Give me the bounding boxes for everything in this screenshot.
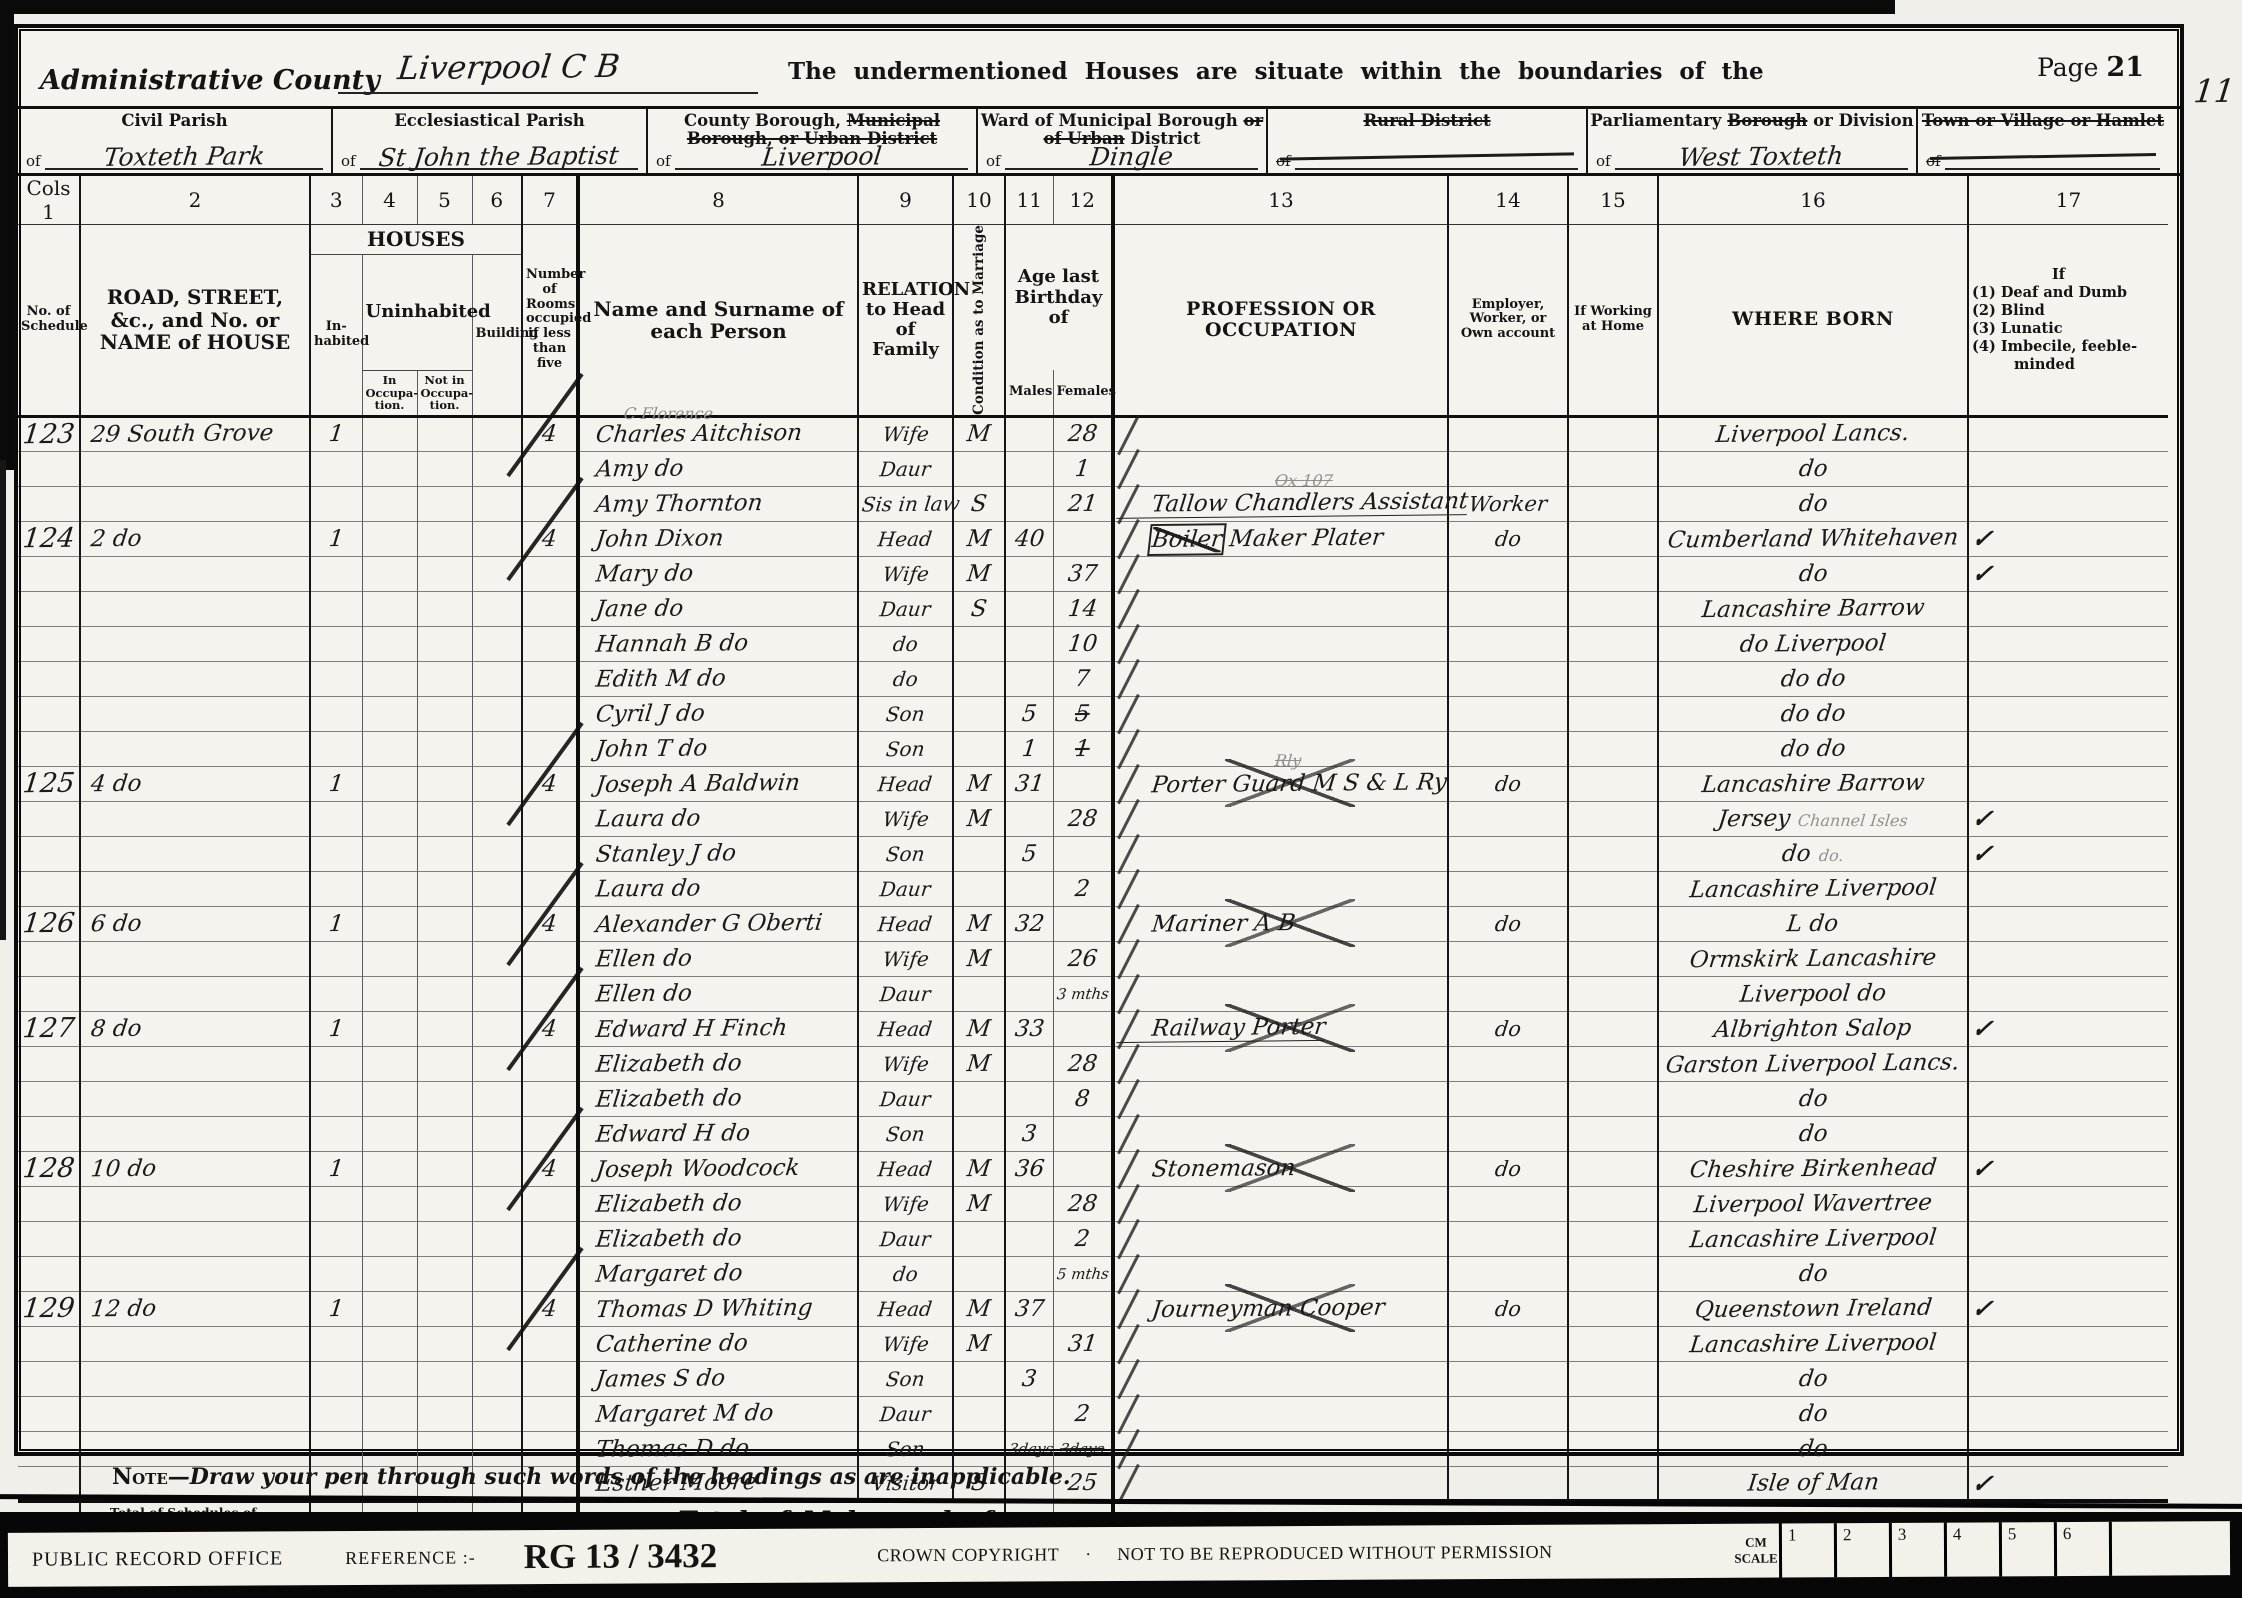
address-text: 29 South Grove [89,420,274,448]
schedule-cell [18,1396,80,1431]
birthplace-text: do [1797,1436,1829,1462]
header-where-born: WHERE BORN [1658,225,1968,417]
enumerator-tally-slash [1117,1359,1139,1399]
inhabited-cell [310,1221,362,1256]
schedule-cell [18,591,80,626]
inhabited-cell: 1 [310,766,362,801]
schedule-cell: 125 [18,766,80,801]
not-in-occupation-cell [417,1361,472,1396]
schedule-cell [18,1046,80,1081]
name-cell: Mary do [578,556,858,591]
rooms-cell [522,591,578,626]
handwritten-value: 31 [1066,1331,1098,1357]
address-cell [80,801,310,836]
handwritten-value: 1 [327,421,345,447]
birthplace-text: do do [1779,665,1846,692]
employer-text: do [1494,1297,1523,1321]
employer-cell: do [1448,521,1568,556]
occupation-cell: Railway Porter [1113,1011,1448,1046]
address-cell [80,976,310,1011]
check-mark: ✓ [1970,804,1994,833]
occupation-cell: Stonemason [1113,1151,1448,1186]
not-in-occupation-cell [417,801,472,836]
at-home-cell [1568,731,1658,766]
occupation-cell [1113,556,1448,591]
person-row: Ellen doDaur3 mthsLiverpool do [18,976,2168,1011]
header-name: Name and Surname of each Person [578,225,858,417]
at-home-cell [1568,1291,1658,1326]
relation-cell: Daur [858,976,953,1011]
infirmity-cell: ✓ [1968,1291,2168,1326]
in-occupation-cell [362,556,417,591]
person-name: Catherine do [594,1330,749,1358]
employer-cell [1448,1116,1568,1151]
where-born-cell: Isle of Man [1658,1466,1968,1501]
inhabited-cell [310,626,362,661]
infirmity-cell [1968,486,2168,521]
occupation-cell: Journeyman Cooper [1113,1291,1448,1326]
relation-cell: Son [858,1116,953,1151]
building-cell [472,1396,522,1431]
header-females: Females [1053,370,1113,416]
enumerator-tally-slash [1117,1324,1139,1364]
enumerator-tally-slash [1117,659,1139,699]
relation-cell: do [858,661,953,696]
header-uninhabited: Uninhabited [362,255,472,371]
rooms-cell: 4 [522,521,578,556]
female-age-cell [1053,906,1113,941]
footnote-cap: Note [112,1464,168,1490]
scanned-census-page: 11 Administrative County Liverpool C B T… [0,0,2242,1598]
rooms-cell: 4 [522,766,578,801]
infirmity-line: If [1972,266,2165,284]
check-mark: ✓ [1970,839,1994,868]
person-row: Margaret dodo5 mthsdo [18,1256,2168,1291]
column-number: 3 [310,176,362,225]
not-in-occupation-cell [417,1186,472,1221]
schedule-cell [18,556,80,591]
relation-text: Sis in law [861,491,962,516]
employer-cell [1448,976,1568,1011]
employer-cell [1448,1221,1568,1256]
female-age-cell [1053,766,1113,801]
handwritten-value: 3 [1020,1121,1038,1147]
relation-text: do [892,667,920,691]
male-age-cell: 1 [1005,731,1053,766]
address-text: 12 do [89,1295,157,1322]
person-name: Ellen do [594,980,693,1007]
infirmity-cell [1968,696,2168,731]
building-cell [472,906,522,941]
where-born-cell: do do [1658,731,1968,766]
schedule-number: 125 [21,768,76,800]
admin-county-underline: Liverpool C B [338,48,758,94]
column-number: 5 [417,176,472,225]
relation-cell: Head [858,1151,953,1186]
relation-text: Daur [879,982,932,1007]
male-age-cell [1005,626,1053,661]
relation-text: do [892,1262,920,1286]
relation-cell: do [858,1256,953,1291]
situate-statement: The undermentioned Houses are situate wi… [788,58,1764,85]
male-age-cell: 36 [1005,1151,1053,1186]
condition-cell: M [953,1011,1005,1046]
enumerator-tally-slash [1117,939,1139,979]
where-born-cell: Liverpool Lancs. [1658,416,1968,451]
infirmity-cell [1968,1186,2168,1221]
district-value-text: Dingle [1088,144,1174,170]
relation-text: Daur [879,1402,932,1427]
rooms-cell [522,486,578,521]
person-name: Ellen do [594,945,693,972]
schedule-cell [18,801,80,836]
header-road: ROAD, STREET, &c., and No. or NAME of HO… [80,225,310,417]
schedule-cell [18,731,80,766]
where-born-cell: Cumberland Whitehaven [1658,521,1968,556]
not-in-occupation-cell [417,1116,472,1151]
column-number: Cols 1 [18,176,80,225]
name-cell: Hannah B do [578,626,858,661]
where-born-cell: Garston Liverpool Lancs. [1658,1046,1968,1081]
header-males: Males [1005,370,1053,416]
occupation-cell: Mariner A B [1113,906,1448,941]
schedule-cell: 127 [18,1011,80,1046]
enumerator-tally-slash [1117,1464,1139,1504]
birthplace-text: Queenstown Ireland [1693,1295,1933,1323]
in-occupation-cell [362,766,417,801]
female-age-cell: 28 [1053,801,1113,836]
not-in-occupation-cell [417,1151,472,1186]
address-cell [80,451,310,486]
column-number: 15 [1568,176,1658,225]
infirmity-line: (3) Lunatic [1972,320,2165,338]
occupation-text: Journeyman Cooper [1116,1294,1386,1323]
inhabited-cell: 1 [310,1011,362,1046]
header-building: Building [472,255,522,417]
footnote: Note—Draw your pen through such words of… [112,1464,1071,1490]
female-age-cell: 28 [1053,416,1113,451]
condition-cell [953,451,1005,486]
male-age-cell [1005,1046,1053,1081]
rooms-cell [522,451,578,486]
handwritten-value: M [966,421,993,447]
name-cell: Margaret do [578,1256,858,1291]
condition-cell [953,1431,1005,1466]
relation-cell: Head [858,521,953,556]
column-number: 11 [1005,176,1053,225]
relation-cell: Wife [858,1326,953,1361]
female-age-cell: 2 [1053,1221,1113,1256]
address-cell [80,1256,310,1291]
enumerator-tally-slash [1117,974,1139,1014]
where-born-cell: Lancashire Barrow [1658,591,1968,626]
rooms-cell [522,1186,578,1221]
where-born-cell: do [1658,1116,1968,1151]
infirmity-cell [1968,626,2168,661]
inhabited-cell [310,591,362,626]
address-text: 8 do [90,1016,143,1043]
birthplace-text: Isle of Man [1746,1469,1880,1496]
male-age-cell [1005,556,1053,591]
inhabited-cell [310,976,362,1011]
handwritten-value: 14 [1066,596,1098,622]
address-text: 6 do [90,911,143,938]
in-occupation-cell [362,1081,417,1116]
birthplace-text: Liverpool do [1738,980,1887,1008]
name-cell: Stanley J do [578,836,858,871]
schedule-cell [18,1081,80,1116]
at-home-cell [1568,591,1658,626]
person-name: Alexander G Oberti [594,910,823,938]
person-row: Edward H doSon3do [18,1116,2168,1151]
building-cell [472,591,522,626]
person-row: Ellen doWifeM26Ormskirk Lancashire [18,941,2168,976]
person-name: Edith M do [594,665,727,692]
building-cell [472,661,522,696]
building-cell [472,1011,522,1046]
employer-cell [1448,1186,1568,1221]
relation-cell: Daur [858,1396,953,1431]
not-in-occupation-cell [417,1256,472,1291]
scale-mark: 6 [2054,1522,2109,1576]
relation-text: Head [877,1017,934,1042]
male-age-cell: 3 [1005,1116,1053,1151]
employer-cell [1448,941,1568,976]
at-home-cell [1568,1396,1658,1431]
condition-cell [953,976,1005,1011]
name-cell: Elizabeth do [578,1221,858,1256]
where-born-cell: Queenstown Ireland [1658,1291,1968,1326]
handwritten-value: 1 [1020,736,1038,762]
handwritten-value: 5 [1020,701,1038,727]
employer-cell [1448,1466,1568,1501]
infirmity-cell: ✓ [1968,801,2168,836]
employer-cell: do [1448,1011,1568,1046]
relation-text: Head [877,772,934,797]
handwritten-value: 25 [1066,1470,1098,1496]
name-cell: Amy do [578,451,858,486]
condition-cell: M [953,766,1005,801]
person-name: Joseph Woodcock [594,1155,801,1183]
header-age: Age last Birthday of [1005,225,1113,371]
where-born-cell: Cheshire Birkenhead [1658,1151,1968,1186]
at-home-cell [1568,1186,1658,1221]
occupation-cell [1113,696,1448,731]
district-box: Town or Village or Hamletof [1918,109,2168,173]
person-name: Joseph A Baldwin [594,770,801,798]
address-cell: 4 do [80,766,310,801]
infirmity-cell [1968,976,2168,1011]
infirmity-cell [1968,766,2168,801]
inhabited-cell [310,941,362,976]
inhabited-cell [310,661,362,696]
pencil-annotation: Channel Isles [1797,811,1909,830]
birthplace-text: do [1797,456,1829,482]
where-born-cell: L do [1658,906,1968,941]
female-age-cell [1053,1361,1113,1396]
where-born-cell: do [1658,1361,1968,1396]
person-row: James S doSon3do [18,1361,2168,1396]
relation-text: do [892,632,920,656]
handwritten-value: 1 [327,1296,345,1322]
in-occupation-cell [362,871,417,906]
enumerator-tally-slash [1117,1394,1139,1434]
where-born-cell: do [1658,486,1968,521]
inhabited-cell [310,1116,362,1151]
at-home-cell [1568,1046,1658,1081]
at-home-cell [1568,976,1658,1011]
relation-cell: Son [858,1361,953,1396]
header-relation: RELATION to Head of Family [858,225,953,417]
not-in-occupation-cell [417,1081,472,1116]
schedule-cell: 129 [18,1291,80,1326]
person-name: John Dixon [594,525,725,552]
handwritten-value: 3 [1020,1366,1038,1392]
schedule-cell: 124 [18,521,80,556]
address-cell [80,941,310,976]
header-infirmity: If(1) Deaf and Dumb(2) Blind(3) Lunatic(… [1968,225,2168,417]
name-cell: C FlorenceCharles Aitchison [578,416,858,451]
district-value-underline: Toxteth Park [45,144,323,170]
cm-scale: CM SCALE 123456 [1733,1521,2230,1578]
handwritten-value: 1 [1073,456,1091,482]
not-in-occupation-cell [417,486,472,521]
birthplace-text: do [1797,491,1829,517]
female-age-cell: 5 [1053,696,1113,731]
birthplace-text: Liverpool Wavertree [1693,1190,1934,1218]
handwritten-value: 37 [1066,561,1098,587]
of-label: of [341,152,356,170]
person-name: Thomas D Whiting [594,1295,814,1323]
employer-cell [1448,1396,1568,1431]
male-age-cell: 3 [1005,1361,1053,1396]
employer-cell: Worker [1448,486,1568,521]
relation-cell: Head [858,1291,953,1326]
infirmity-cell [1968,731,2168,766]
female-age-cell: 21 [1053,486,1113,521]
in-occupation-cell [362,521,417,556]
inhabited-cell [310,836,362,871]
female-age-cell: 3days [1053,1431,1113,1466]
in-occupation-cell [362,1046,417,1081]
condition-cell [953,696,1005,731]
column-number: 17 [1968,176,2168,225]
at-home-cell [1568,871,1658,906]
district-value: ofDingle [986,144,1258,170]
inhabited-cell [310,871,362,906]
schedule-number: 127 [21,1013,76,1045]
condition-cell [953,1361,1005,1396]
where-born-cell: Liverpool do [1658,976,1968,1011]
infirmity-cell: ✓ [1968,521,2168,556]
occupation-text: Porter Guard M S & L Ry [1116,769,1448,798]
check-mark: ✓ [1970,524,1994,553]
infirmity-cell: ✓ [1968,556,2168,591]
where-born-cell: do do [1658,661,1968,696]
person-row: 12329 South Grove14C FlorenceCharles Ait… [18,416,2168,451]
female-age-cell [1053,1151,1113,1186]
inhabited-cell [310,556,362,591]
name-cell: Elizabeth do [578,1081,858,1116]
district-label: Rural District [1268,109,1586,130]
name-cell: James S do [578,1361,858,1396]
handwritten-value: 7 [1073,666,1091,692]
person-name: Margaret do [594,1260,744,1288]
at-home-cell [1568,1011,1658,1046]
census-rows: 12329 South Grove14C FlorenceCharles Ait… [18,416,2168,1501]
female-age-cell [1053,521,1113,556]
building-cell [472,836,522,871]
schedule-cell [18,836,80,871]
person-row: Margaret M doDaur2do [18,1396,2168,1431]
condition-cell [953,1081,1005,1116]
relation-cell: Wife [858,941,953,976]
not-in-occupation-cell [417,626,472,661]
building-cell [472,941,522,976]
person-row: 1242 do14John DixonHeadM40Boiler Maker P… [18,521,2168,556]
where-born-cell: do [1658,1256,1968,1291]
address-cell [80,1046,310,1081]
condition-cell [953,1256,1005,1291]
building-cell [472,1081,522,1116]
enumerator-tally-slash [1117,1429,1139,1469]
census-table: Cols 1234567891011121314151617 No. of Sc… [18,176,2168,1567]
person-name: Elizabeth do [594,1190,743,1218]
name-cell: Catherine do [578,1326,858,1361]
scan-edge-top [0,0,1895,14]
inhabited-cell: 1 [310,416,362,451]
birthplace-text: Lancashire Liverpool [1688,1225,1938,1254]
schedule-cell [18,486,80,521]
male-age-cell: 31 [1005,766,1053,801]
person-name: James S do [594,1365,726,1392]
name-cell: Joseph A Baldwin [578,766,858,801]
person-row: Thomas D doSon3days3daysdo [18,1431,2168,1466]
rooms-cell: 4 [522,1151,578,1186]
of-label: of [986,152,1001,170]
where-born-cell: Lancashire Liverpool [1658,1221,1968,1256]
condition-cell: M [953,556,1005,591]
address-cell [80,1431,310,1466]
district-value-text: St John the Baptist [378,143,621,171]
employer-cell [1448,416,1568,451]
relation-cell: Wife [858,1046,953,1081]
name-cell: Laura do [578,871,858,906]
relation-cell: Son [858,696,953,731]
inhabited-cell [310,1431,362,1466]
address-cell [80,1186,310,1221]
infirmity-line: (4) Imbecile, feeble- [1972,338,2165,356]
relation-cell: Wife [858,801,953,836]
address-cell: 8 do [80,1011,310,1046]
infirmity-cell [1968,1431,2168,1466]
not-in-occupation-cell [417,556,472,591]
rooms-cell [522,1361,578,1396]
birthplace-text: do [1797,1401,1829,1427]
relation-text: Wife [881,1192,930,1216]
relation-text: Head [877,1157,934,1182]
female-age-cell [1053,1116,1113,1151]
building-cell [472,556,522,591]
pencil-annotation: do. [1818,846,1845,865]
birthplace-text: do [1797,561,1829,587]
employer-cell [1448,731,1568,766]
relation-text: Wife [881,947,930,971]
in-occupation-cell [362,661,417,696]
handwritten-value: 5 [1073,701,1091,727]
infirmity-cell [1968,1116,2168,1151]
schedule-cell [18,626,80,661]
